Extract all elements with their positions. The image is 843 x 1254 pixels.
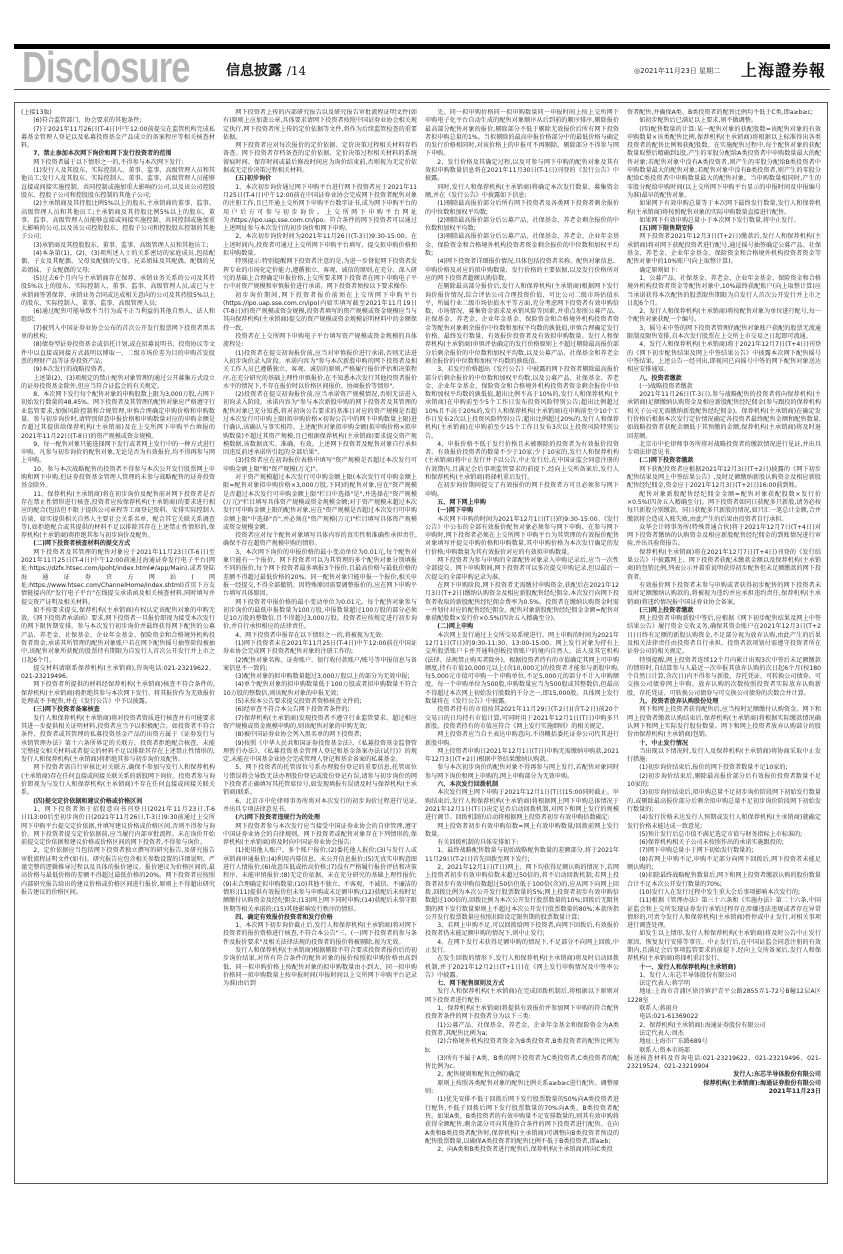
- paragraph: 当出现以下情况时,发行人及保荐机构(主承销商)将协商采取中止发行措施:: [627, 748, 821, 765]
- paragraph: 网下获配投资者应根据2021年12月3日(T+2日)披露的《网下初步配售结果及网…: [627, 466, 821, 491]
- paragraph: (一)战略投资者缴款: [627, 383, 821, 391]
- paragraph: 联系人:资本市场部: [627, 1047, 821, 1055]
- paragraph: 同时,发行人和保荐机构(主承销商)将确定本次发行数量、募集资金额,并在《发行公告…: [425, 184, 619, 201]
- paragraph: 网下投资者所提供的材料经保荐机构(主承销商)核查不符合条件的,保荐机构(主承销商…: [21, 681, 215, 706]
- paragraph: (1)网下投资者未在2021年11月25日(T-4日)中午12:00前在中国证券…: [223, 640, 417, 657]
- dateline: ◎2021年11月23日 星期二: [634, 66, 720, 76]
- paragraph: 网下投资者应对每次报价的定价依据、定价决策过程相关材料存档备查。网下投资者存档备…: [223, 142, 417, 175]
- paragraph: 2、发行人和保荐机构(主承销商)将按配售对象为单位进行配号,每一个配售对象获配一…: [627, 308, 821, 325]
- paragraph: 地址:上海市广东路689号: [627, 1038, 821, 1046]
- paragraph: (7)于2021年11月26日(T-4日)中午12:00前提交在监管机构完成私募…: [21, 126, 215, 151]
- paragraph: 众华会计师事务所(特殊普通合伙)将于2021年12月7日(T+4日)对网下投资者…: [627, 524, 821, 549]
- paragraph: 网上投资者应当自主表达申购意向,不得概括委托证券公司代其进行新股申购。: [425, 731, 619, 748]
- paragraph: 2、保荐机构(主承销商):海通证券股份有限公司: [627, 1022, 821, 1030]
- section-heading: (二)网下投资者核查材料的提交方式: [21, 540, 215, 548]
- paragraph: 参与本次初步询价的配售对象不得再参与网上发行,若配售对象同时参与网下询价和网上申…: [425, 764, 619, 781]
- paragraph: (9)本次发行的战略投资者。: [21, 366, 215, 374]
- paragraph: 网下投资者上传的内部研究报告以及研究报告审批流程证明文件(如有)原则上应加盖公章…: [223, 109, 417, 142]
- paragraph: (四)配售数量的计算:某一配售对象的获配股数=该配售对象的有效申购数量×该类配售…: [627, 126, 821, 201]
- paragraph: 网下投资者需自行审核比对关联方,确保不参加与发行人和保荐机构(主承销商)存在任何…: [21, 764, 215, 797]
- paragraph: 特别提示:特别提醒网下投资者注意的是,为进一步督促网下投资者发挥专业的市场化定价…: [223, 258, 417, 291]
- paragraph: (1)使用他人账户、多个账户报价;(2)委托他人报价;(3)与发行人或承销商串通…: [223, 847, 417, 913]
- paragraph: (2)投资者在提交初询报价前,应当承诺资产规模情况,否则无法进入初询录入阶段。承…: [223, 391, 417, 457]
- paragraph: 法定代表人:周杰: [627, 1030, 821, 1038]
- section-heading: (一)网下申购: [425, 507, 619, 515]
- paragraph: 初步询价期间,网下投资者报价前须在上交所网下申购平台(https://ipo.u…: [223, 292, 417, 333]
- paragraph: 网上投资者初步有效申购倍数=网上有效申购数量/回拨前网上发行数量。: [425, 823, 619, 840]
- paragraph: (2)主承销商及其持股比例5%以上的股东,主承销商的董事、监事、高级管理人员和其…: [21, 200, 215, 241]
- brand-wordmark: Disclosure: [22, 46, 190, 90]
- section-heading: 十一、发行人和保荐机构(主承销商): [627, 964, 821, 972]
- section-heading: (二)网下投资者缴款: [627, 457, 821, 465]
- paragraph: (3)剔除最高报价部分后公募产品、社保基金、养老金、企业年金基金、保险资金和合格…: [425, 233, 619, 258]
- paragraph: 2、向A类和B类投资者进行配售后,保荐机构(主承销商)将向C类投: [425, 1146, 619, 1154]
- paragraph: 如初步配售后已满足以上要求,则不做调整。: [627, 117, 821, 125]
- paragraph: 保荐机构(主承销商)将在2021年12月7日(T+4日)刊登的《发行结果公告》中…: [627, 549, 821, 582]
- paragraph: 原则上按照各类配售对象的配售比例关系a≥b≥c进行配售。调整原则:: [425, 1080, 619, 1097]
- section-heading: (六)网下投资者违规行为的处理: [223, 814, 417, 822]
- paragraph: 4、网下投资者申报存在以下情形之一的,将被视为无效:: [223, 632, 417, 640]
- section-heading: (三)网上投资者缴款: [627, 607, 821, 615]
- page-number: /14: [287, 64, 306, 78]
- paragraph: 5、网下投资者的托管席位号系办理股份登记的重要信息,托管席位号错误将会导致无法办…: [223, 764, 417, 797]
- paragraph: 2、定价依据应当包括网下投资者独立撰写的研究报告,及研究报告审批流程证明文件(如…: [21, 847, 215, 897]
- section-heading: 十、中止发行情况: [627, 740, 821, 748]
- paragraph: 投资者应对每个配售对象填写具体内容的真实性和准确性承担责任,确保不存在超资产规模…: [223, 532, 417, 549]
- paragraph: 投资者持有的市值按其2021年11月29日(T-2日)(含T-2日)前20个交易…: [425, 706, 619, 731]
- paragraph: (6)符合监管部门、协会要求的其他条件;: [21, 117, 215, 125]
- paragraph: 确定原则如下:: [627, 267, 821, 275]
- paragraph: (3)所有不属于A类、B类的网下投资者为C类投资者,C类投资者的配售比例为c。: [425, 1055, 619, 1072]
- masthead: Disclosure 信息披露 /14 ◎2021年11月23日 星期二 上海證…: [14, 50, 830, 88]
- paragraph: 报送核查材料及咨询电话:021-23219622、021-23219496、02…: [627, 1055, 821, 1072]
- paragraph: 3、若发行价格超出《发行公告》中披露的网下投资者剔除最高报价部分后剩余报价的中位…: [425, 366, 619, 441]
- paragraph: (1)优先安排不低于回拨后网下发行股票数量的50%向A类投资者进行配售,不低于回…: [425, 1096, 619, 1146]
- paragraph: (1)发行人及其股东、实际控制人、董事、监事、高级管理人员和其他员工;发行人及其…: [21, 167, 215, 200]
- paragraph: 3、若网上申购不足,可以回拨给网下投资者,向网下回拨后,有效报价投资者仍未能足额…: [425, 922, 619, 939]
- paragraph: (8)被中国证券业协会列入黑名单的网下投资者;: [223, 731, 417, 739]
- paragraph: 北京市中伦律师事务所将对战略投资者的缴款情况进行见证,并出具专项法律意见书。: [627, 441, 821, 458]
- paragraph: 在剔除最高部分报价后,发行人和保荐机构(主承销商)根据网下发行询价报价情况,综合…: [425, 283, 619, 366]
- paragraph: 电话:021-61369022: [627, 1013, 821, 1021]
- paragraph: 2、配售规则和配售比例的确定: [425, 1071, 619, 1079]
- section-heading: 五、网下网上申购: [425, 499, 619, 507]
- paragraph: (2)配售对象名称、证券账户、银行收付款账户/账号等申报信息与备案信息不一致的;: [223, 657, 417, 674]
- paragraph: 有效报价网下投资者未参与申购或者获得初步配售的网下投资者未及时足额缴纳认购款的,…: [627, 582, 821, 607]
- paragraph: (3)投资者应在初询报价表格中填写"资产规模是否超过本次发行可申购金额上限"和"…: [223, 457, 417, 474]
- paragraph: 网下和网上投资者获得配售后,应当按时足额缴付认购资金。网下和网上投资者缴款认购结…: [627, 706, 821, 739]
- paragraph: 对于资产规模超过本次发行可申购金额上限(本次发行可申购金额上限=配售对象拟申购价…: [223, 474, 417, 532]
- paragraph: 网上投资者申购日2021年12月1日(T日)申购无需缴纳申购款,2021年12月…: [425, 748, 619, 765]
- paragraph: (3)承销商及其控股股东、董事、监事、高级管理人员和其他员工;: [21, 242, 215, 250]
- paragraph: (9)扣除最终战略配售数量后,网下和网上投资者缴款认购的股份数量合计不足本次公开…: [627, 872, 821, 889]
- paragraph: 在网下申购阶段,网下投资者无需缴付申购资金,获配后在2021年12月3日(T+2…: [425, 582, 619, 623]
- paragraph: (9)按照《中华人民共和国证券投资基金法》、《私募投资基金监督管理暂行办法》、《…: [223, 740, 417, 765]
- paragraph: 1、本次初步询价通过网下申购平台进行网下投资者应于2021年11月25日(T-4…: [223, 184, 417, 234]
- paragraph: 4、申报价格不低于发行价格且未被剔除的投资者为有效报价投资者。有效报价投资者的数…: [425, 441, 619, 482]
- paragraph: 网上投资者申购新股中签后,应根据《网下初步配售结果及网上中签结果公告》履行资金交…: [627, 615, 821, 656]
- paragraph: 10、参与本次战略配售的投资者不得参与本次公开发行股票网上申购和网下申购,但证券…: [21, 466, 215, 491]
- newspaper-logo: 上海證券報: [741, 58, 826, 81]
- paragraph: (5)过去6个月内与主承销商存在保荐、承销业务关系的公司及其持股5%以上的股东、…: [21, 275, 215, 308]
- paragraph: (1)投资者在提交初询报价前,应当对审慎报价进行承诺,否则无法进入初步询价录入阶…: [223, 350, 417, 391]
- paragraph: (8)债券型证券投资基金或信托计划,或在招募说明书、投资协议等文件中以直接或间接…: [21, 341, 215, 366]
- paragraph: 网下投资者参与本次发行应当接受中国证券业协会的自律管理,遵守中国证券业协会的自律…: [223, 823, 417, 848]
- paragraph: 6、北京市中伦律师事务所将对本次发行的初步询价过程进行见证,并出具专项法律意见书…: [223, 798, 417, 815]
- paragraph: 1、公募产品、社保基金、养老金、企业年金基金、保险资金和合格境外机构投资者资金等…: [627, 275, 821, 308]
- paragraph: 网下投资者申报价格的最小变动单位为0.01元。每个配售对象参与初步询价的最低申报…: [223, 599, 417, 632]
- paragraph: (6)经审查不符合本公告网下投资者条件的;: [223, 706, 417, 714]
- paragraph: (5)预计发行后总市值不满足选定市值与财务指标上市标准的;: [627, 831, 821, 839]
- paragraph: 发行人和保荐机构(主承销商)根据剔除不符合要求投资者报价后的初步询价结果,对所有…: [223, 947, 417, 988]
- paragraph: (2)初步询价结束后,剔除最高报价部分后有效报价投资者数量不足10家的;: [627, 773, 821, 790]
- paragraph: 上述第(2)、(3)项规定的禁止配售对象管理的通过公开募集方式设立的证券投资基金…: [21, 375, 215, 392]
- section-heading: 四、确定有效报价投资者和发行价格: [223, 914, 417, 922]
- paragraph: 9、每一配售对象只能选择网下发行或者网上发行中的一种方式进行申购。凡参与初步询价…: [21, 441, 215, 466]
- paragraph: 发行人和保荐机构(主承销商)将对投资者资质进行核查并有可能要求其进一步提供相关证…: [21, 715, 215, 765]
- section-heading: (四)提交定价依据和建议价格或价格区间: [21, 798, 215, 806]
- paragraph: 如不按要求提交,保荐机构(主承销商)有权认定该配售对象的申购无效。《网下投资者承…: [21, 607, 215, 665]
- paragraph: (4)网下投资者详细报价情况,具体包括投资者名称、配售对象信息、申购价格及对应的…: [425, 258, 619, 283]
- paragraph: 先、同一拟申购价格同一拟申购数量同一申报时间上按上交所网下申购电子化平台自动生成…: [425, 109, 619, 159]
- paragraph: 网下投资者2021年12月3日(T+2日)缴款后,发行人和保荐机构(主承销商)将…: [627, 233, 821, 266]
- paragraph: 3、摇号未中签的网下投资者管理的配售对象账户获配的股票无流通限制及限售安排,自本…: [627, 325, 821, 342]
- section-title: 信息披露 /14: [226, 60, 306, 80]
- announcement-box: (上接13版)(6)符合监管部门、协会要求的其他条件;(7)于2021年11月2…: [14, 102, 828, 1184]
- paragraph: 在发生回拨的情形下,发行人和保荐机构(主承销商)将及时启动回拨机制,并于2021…: [425, 955, 619, 980]
- paragraph: 发行人:东芯半导体股份有限公司: [627, 1071, 821, 1079]
- article-column-4: 资者配售,并确保A类、B类投资者的配售比例均不低于C类,即a≥b≥c;如初步配售…: [627, 109, 821, 1177]
- paragraph: 投资者在上交所网下申购电子平台填写资产规模或资金规模的具体流程是:: [223, 333, 417, 350]
- paragraph: 2、2021年12月1日(T日)网上、网下均获得足额认购的情况下,若网上投资者初…: [425, 864, 619, 922]
- paragraph: 地址:上海市青浦区徐泾镇沪青平公路2855弄1-72号B幢12层A区1228室: [627, 988, 821, 1005]
- paragraph: 2、本次初步询价时间为2021年11月26日(T-3日)9:30-15:00。在…: [223, 233, 417, 258]
- paragraph: 提交材料请联系保荐机构(主承销商),咨询电话:021-23219622、021-…: [21, 665, 215, 682]
- paragraph: (1)公募产品、社保基金、养老金、企业年金基金和保险资金为A类投资者,其配售比例…: [425, 1022, 619, 1039]
- paragraph: 网下投资者为参与申购的全部配售对象录入申购记录后,应当一次性全部提交。网下申购期…: [425, 557, 619, 582]
- paragraph: 如发生以上情形,发行人和保荐机构(主承销商)将及时公告中止发行原因、恢复发行安排…: [627, 930, 821, 963]
- paragraph: 1、本次网下初步询价截止后,发行人和保荐机构(主承销商)将对网下投资者的报价资格…: [223, 922, 417, 947]
- paragraph: 本次网上发行通过上交所交易系统进行。网上申购的时间为2021年12月1日(T日)…: [425, 632, 619, 707]
- paragraph: 特别提醒,网上投资者连续12个月内累计出现3次中签后未足额缴款的情形时,自结算参…: [627, 657, 821, 698]
- paragraph: 1、网下投资者须于招股意向书刊登日(2021年11月23日,T-6日)13:00…: [21, 806, 215, 847]
- paragraph: 1、保荐机构(主承销商)将提供有效报价并参加网下申购的符合配售投资者条件的网下投…: [425, 1005, 619, 1022]
- section-heading: 7、禁止参加本次网下询价和网下发行投资者的范围: [21, 150, 215, 158]
- paragraph: (7)网下申购总量小于网下初始发行数量的;: [627, 847, 821, 855]
- paragraph: (8)若网上申购不足,申购不足部分向网下回拨后,网下投资者未能足额认购的;: [627, 856, 821, 873]
- article-column-3: 先、同一拟申购价格同一拟申购数量同一申报时间上按上交所网下申购电子化平台自动生成…: [425, 109, 619, 1177]
- paragraph: (2)合格境外机构投资者资金为B类投资者,B类投资者的配售比例为b;: [425, 1038, 619, 1055]
- paragraph: (2)剔除最高报价部分后公募产品、社保基金、养老金剩余报价的中位数和加权平均数;: [425, 217, 619, 234]
- paragraph: (4)发行价格未达发行人预期或发行人和保荐机构(主承销商)就确定发行价格未能达成…: [627, 814, 821, 831]
- paragraph: 11、保荐机构(主承销商)将在初步询价及配售前对网下投资者是否存在禁止性情形进行…: [21, 491, 215, 541]
- paragraph: 如果网下有效申购总量等于本次网下最终发行数量,发行人和保荐机构(主承销商)将按照…: [627, 200, 821, 217]
- paragraph: (1)初步询价结束后,报价的网下投资者数量不足10家的;: [627, 764, 821, 772]
- paragraph: (1)剔除最高报价部分后所有网下投资者及各类网下投资者剩余报价的中位数和加权平均…: [425, 200, 619, 217]
- paragraph: 保荐机构(主承销商):海通证券股份有限公司: [627, 1080, 821, 1088]
- paragraph: 配售对象新股配售经纪佣金金额=配售对象获配股数×发行价×0.5%(四舍五入精确至…: [627, 491, 821, 524]
- paragraph: 4、发行人和保荐机构(主承销商)将于2021年12月7日(T+4日)刊登的《网下…: [627, 341, 821, 374]
- section-heading: (三)网下投资者备案核查: [21, 706, 215, 714]
- section-heading: 八、投资者缴款: [627, 375, 821, 383]
- paragraph: 1、最终战略配售数量与初始战略配售数量的差额部分,将于2021年11月29日(T…: [425, 847, 619, 864]
- paragraph: (7)被列入中国证券业协会公布的首次公开发行股票网下投资者黑名单的机构;: [21, 325, 215, 342]
- paragraph: 网下投资者及其管理的配售对象应于2021年11月23日(T-6日)至2021年1…: [21, 549, 215, 607]
- paragraph: 2021年11月26日(T-3日),参与战略配售的投资者将向保荐机构(主承销商)…: [627, 391, 821, 441]
- paragraph: (4)本条第(1)、(2)、(3)项所述人士的关系密切的家庭成员,包括配偶、子女…: [21, 250, 215, 275]
- article-columns: (上接13版)(6)符合监管部门、协会要求的其他条件;(7)于2021年11月2…: [21, 109, 821, 1177]
- paragraph: 发行人和保荐机构(主承销商)在完成回拨机制后,将根据以下原则对网下投资者进行配售…: [425, 988, 619, 1005]
- article-column-1: (上接13版)(6)符合监管部门、协会要求的其他条件;(7)于2021年11月2…: [21, 109, 215, 1177]
- masthead-bottom-rule: [14, 89, 830, 90]
- paragraph: 3、本次网下询价的申报价格的最小变动单位为0.01元,每个配售对象只能有一个报价…: [223, 549, 417, 599]
- paragraph: 如果网下有效申购总量小于本次网下发行数量,将中止发行。: [627, 217, 821, 225]
- paragraph: (10)发行人在发行过程中发生重大会后事项影响本次发行的;: [627, 889, 821, 897]
- paragraph: 2、发行价格及其确定过程,以及可参与网下申购的配售对象及其有效拟申购数量信息将在…: [425, 159, 619, 184]
- paragraph: (4)单个配售对象的拟申购数量低于100万股或者拟申购数量不符合10万股的整数倍…: [223, 681, 417, 698]
- paragraph: 本次网下申购的时间为2021年12月1日(T日)的9:30-15:00。《发行公…: [425, 516, 619, 557]
- paragraph: (3)初步询价结束后,拟申购总量不足初步询价阶段网下初始发行数量的,或剔除最高报…: [627, 789, 821, 814]
- paragraph: 8、本次网下发行每个配售对象的申购股数上限为3,000万股,占网下初始发行数量的…: [21, 391, 215, 441]
- paragraph: 2021年11月23日: [627, 1088, 821, 1096]
- article-column-2: 网下投资者上传的内部研究报告以及研究报告审批流程证明文件(如有)原则上应加盖公章…: [223, 109, 417, 1177]
- paragraph: (6)通过配售可能导致不当行为或不正当利益的其他自然人、法人和组织;: [21, 308, 215, 325]
- paragraph: (7)保荐机构(主承销商)发现投资者不遵守行业监管要求、超过相应资产规模或资金规…: [223, 715, 417, 732]
- section-heading: (二)网上申购: [425, 623, 619, 631]
- section-heading: (五)初步询价: [223, 175, 417, 183]
- section-name: 信息披露: [226, 63, 282, 79]
- paragraph: 在初步询价期间提交了有效报价的网下投资者方可且必须参与网下申购。: [425, 482, 619, 499]
- paragraph: 本次发行网上网下申购于2021年12月1日(T日)15:00同时截止。申购结束后…: [425, 789, 619, 822]
- paragraph: 网下投资者属于以下情形之一的,不得参与本次网下发行:: [21, 159, 215, 167]
- paragraph: (11)根据《管理办法》第三十六条和《实施办法》第二十六条,中国证监会和上交所发…: [627, 897, 821, 930]
- paragraph: 4、在网下发行未获得足额申购的情况下,不足部分不向网上回拨,中止发行。: [425, 939, 619, 956]
- paragraph: 1、发行人:东芯半导体股份有限公司: [627, 972, 821, 980]
